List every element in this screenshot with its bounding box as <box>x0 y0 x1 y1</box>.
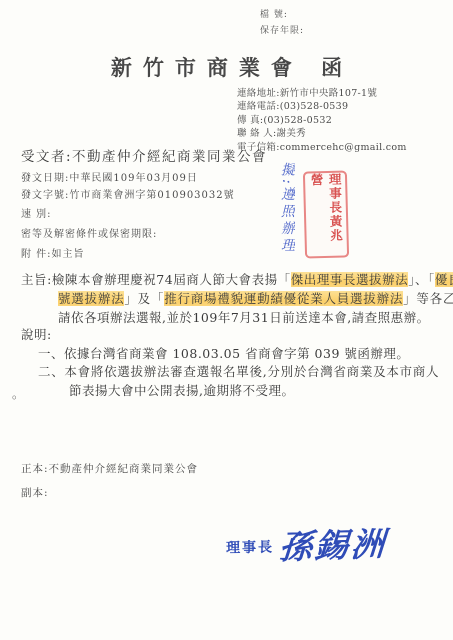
highlighted-regulation-1: 傑出理事長選拔辦法 <box>291 272 408 287</box>
contact-fax: 傳 真:(03)528-0532 <box>237 114 407 127</box>
subject-text: 檢陳本會辦理慶祝74屆商人節大會表揚「 <box>52 272 291 287</box>
highlighted-regulation-3: 推行商場禮貌運動績優從業人員選拔辦法 <box>164 291 403 306</box>
subject-paragraph: 主旨:檢陳本會辦理慶祝74屆商人節大會表揚「傑出理事長選拔辦法」、「優良商號選拔… <box>21 270 453 327</box>
contact-info-block: 連絡地址:新竹市中央路107-1號 連絡電話:(03)528-0539 傳 真:… <box>237 87 407 154</box>
document-title: 新竹市商業會 函 <box>0 52 453 82</box>
recipient-line: 受文者:不動產仲介經紀商業同業公會 <box>21 145 267 165</box>
file-number-label: 檔 號: <box>260 7 304 23</box>
explanation-section: 說明: 一、依據台灣省商業會 108.03.05 省商會字第 039 號函辦理。… <box>21 326 439 400</box>
explanation-item-1: 一、依據台灣省商業會 108.03.05 省商會字第 039 號函辦理。 <box>38 345 439 364</box>
stray-period-mark: 。 <box>12 385 24 402</box>
signature-title: 理事長 <box>226 537 274 558</box>
subject-label: 主旨: <box>21 272 52 287</box>
secrecy-line: 密等及解密條件或保密期限: <box>21 225 157 240</box>
speed-class-line: 速 別: <box>21 205 52 220</box>
chairman-signature-stamp: 理事長 孫錫洲 <box>226 528 387 564</box>
retention-period-label: 保存年限: <box>260 23 304 39</box>
file-number-block: 檔 號: 保存年限: <box>260 7 304 39</box>
subject-text: 」及「 <box>124 291 164 306</box>
contact-address: 連絡地址:新竹市中央路107-1號 <box>237 87 407 100</box>
attachment-line: 附 件:如主旨 <box>21 245 85 260</box>
subject-text: 」、「 <box>408 272 435 287</box>
signature-name: 孫錫洲 <box>278 526 389 566</box>
chairman-red-stamp: 理事長黃兆營 <box>303 170 349 258</box>
explanation-label: 說明: <box>21 326 439 345</box>
contact-person: 聯 絡 人:謝美秀 <box>237 127 407 140</box>
explanation-item-2: 二、本會將依選拔辦法審查選報名單後,分別於台灣省商業及本市商人節表揚大會中公開表… <box>38 363 439 400</box>
doc-number-line: 發文字號:竹市商業會洲字第010903032號 <box>21 186 235 201</box>
issue-date-line: 發文日期:中華民國109年03月09日 <box>21 169 198 184</box>
official-letter-page: 檔 號: 保存年限: 新竹市商業會 函 連絡地址:新竹市中央路107-1號 連絡… <box>0 0 453 640</box>
contact-phone: 連絡電話:(03)528-0539 <box>237 100 407 113</box>
original-copy-line: 正本:不動產仲介經紀商業同業公會 <box>21 461 198 476</box>
duplicate-copy-line: 副本: <box>21 485 49 500</box>
handwritten-approval-note: 擬:遵照辦理 <box>277 162 297 255</box>
chairman-red-stamp-text: 理事長黃兆營 <box>307 173 345 257</box>
